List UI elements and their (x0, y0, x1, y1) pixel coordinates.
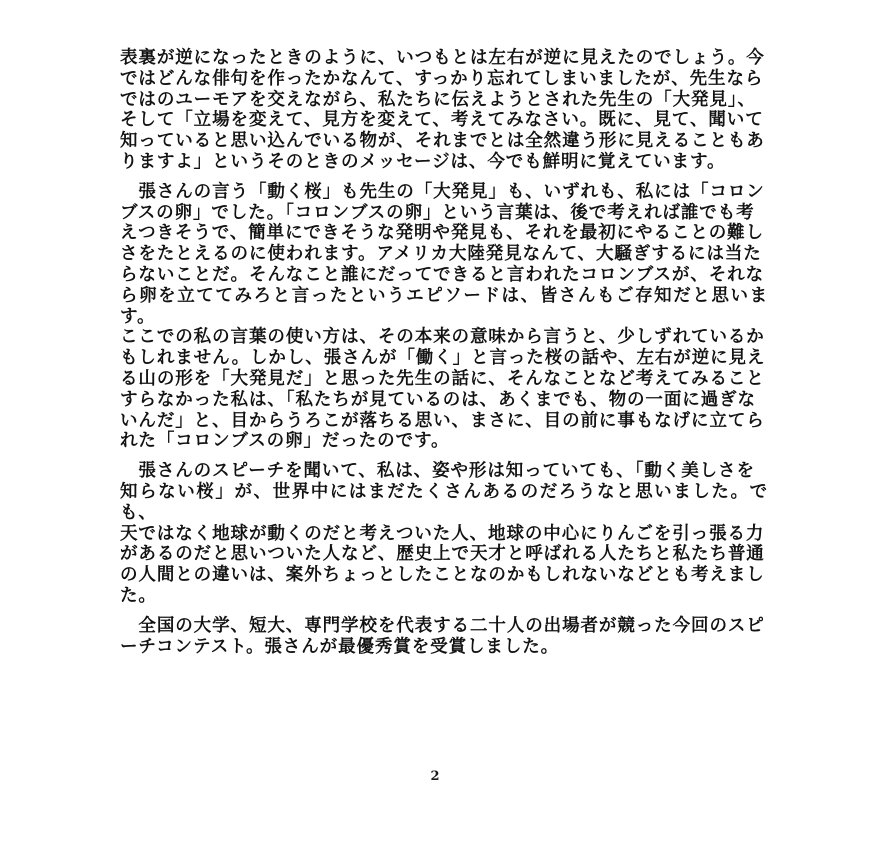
document-page: 表裏が逆になったときのように、いつもとは左右が逆に見えたのでしょう。今 ではどん… (0, 0, 870, 842)
paragraph-4: 全国の大学、短大、専門学校を代表する二十人の出場者が競った今回のスピ ーチコンテ… (120, 616, 768, 658)
paragraph-1: 表裏が逆になったときのように、いつもとは左右が逆に見えたのでしょう。今 ではどん… (120, 48, 768, 173)
page-number: 2 (0, 769, 870, 784)
paragraph-2: 張さんの言う「動く桜」も先生の「大発見」も、いずれも、私には「コロン ブスの卵」… (120, 182, 768, 452)
paragraph-3: 張さんのスピーチを聞いて、私は、姿や形は知っていても、「動く美しさを 知らない桜… (120, 461, 768, 607)
text-block: 表裏が逆になったときのように、いつもとは左右が逆に見えたのでしょう。今 ではどん… (120, 48, 768, 666)
